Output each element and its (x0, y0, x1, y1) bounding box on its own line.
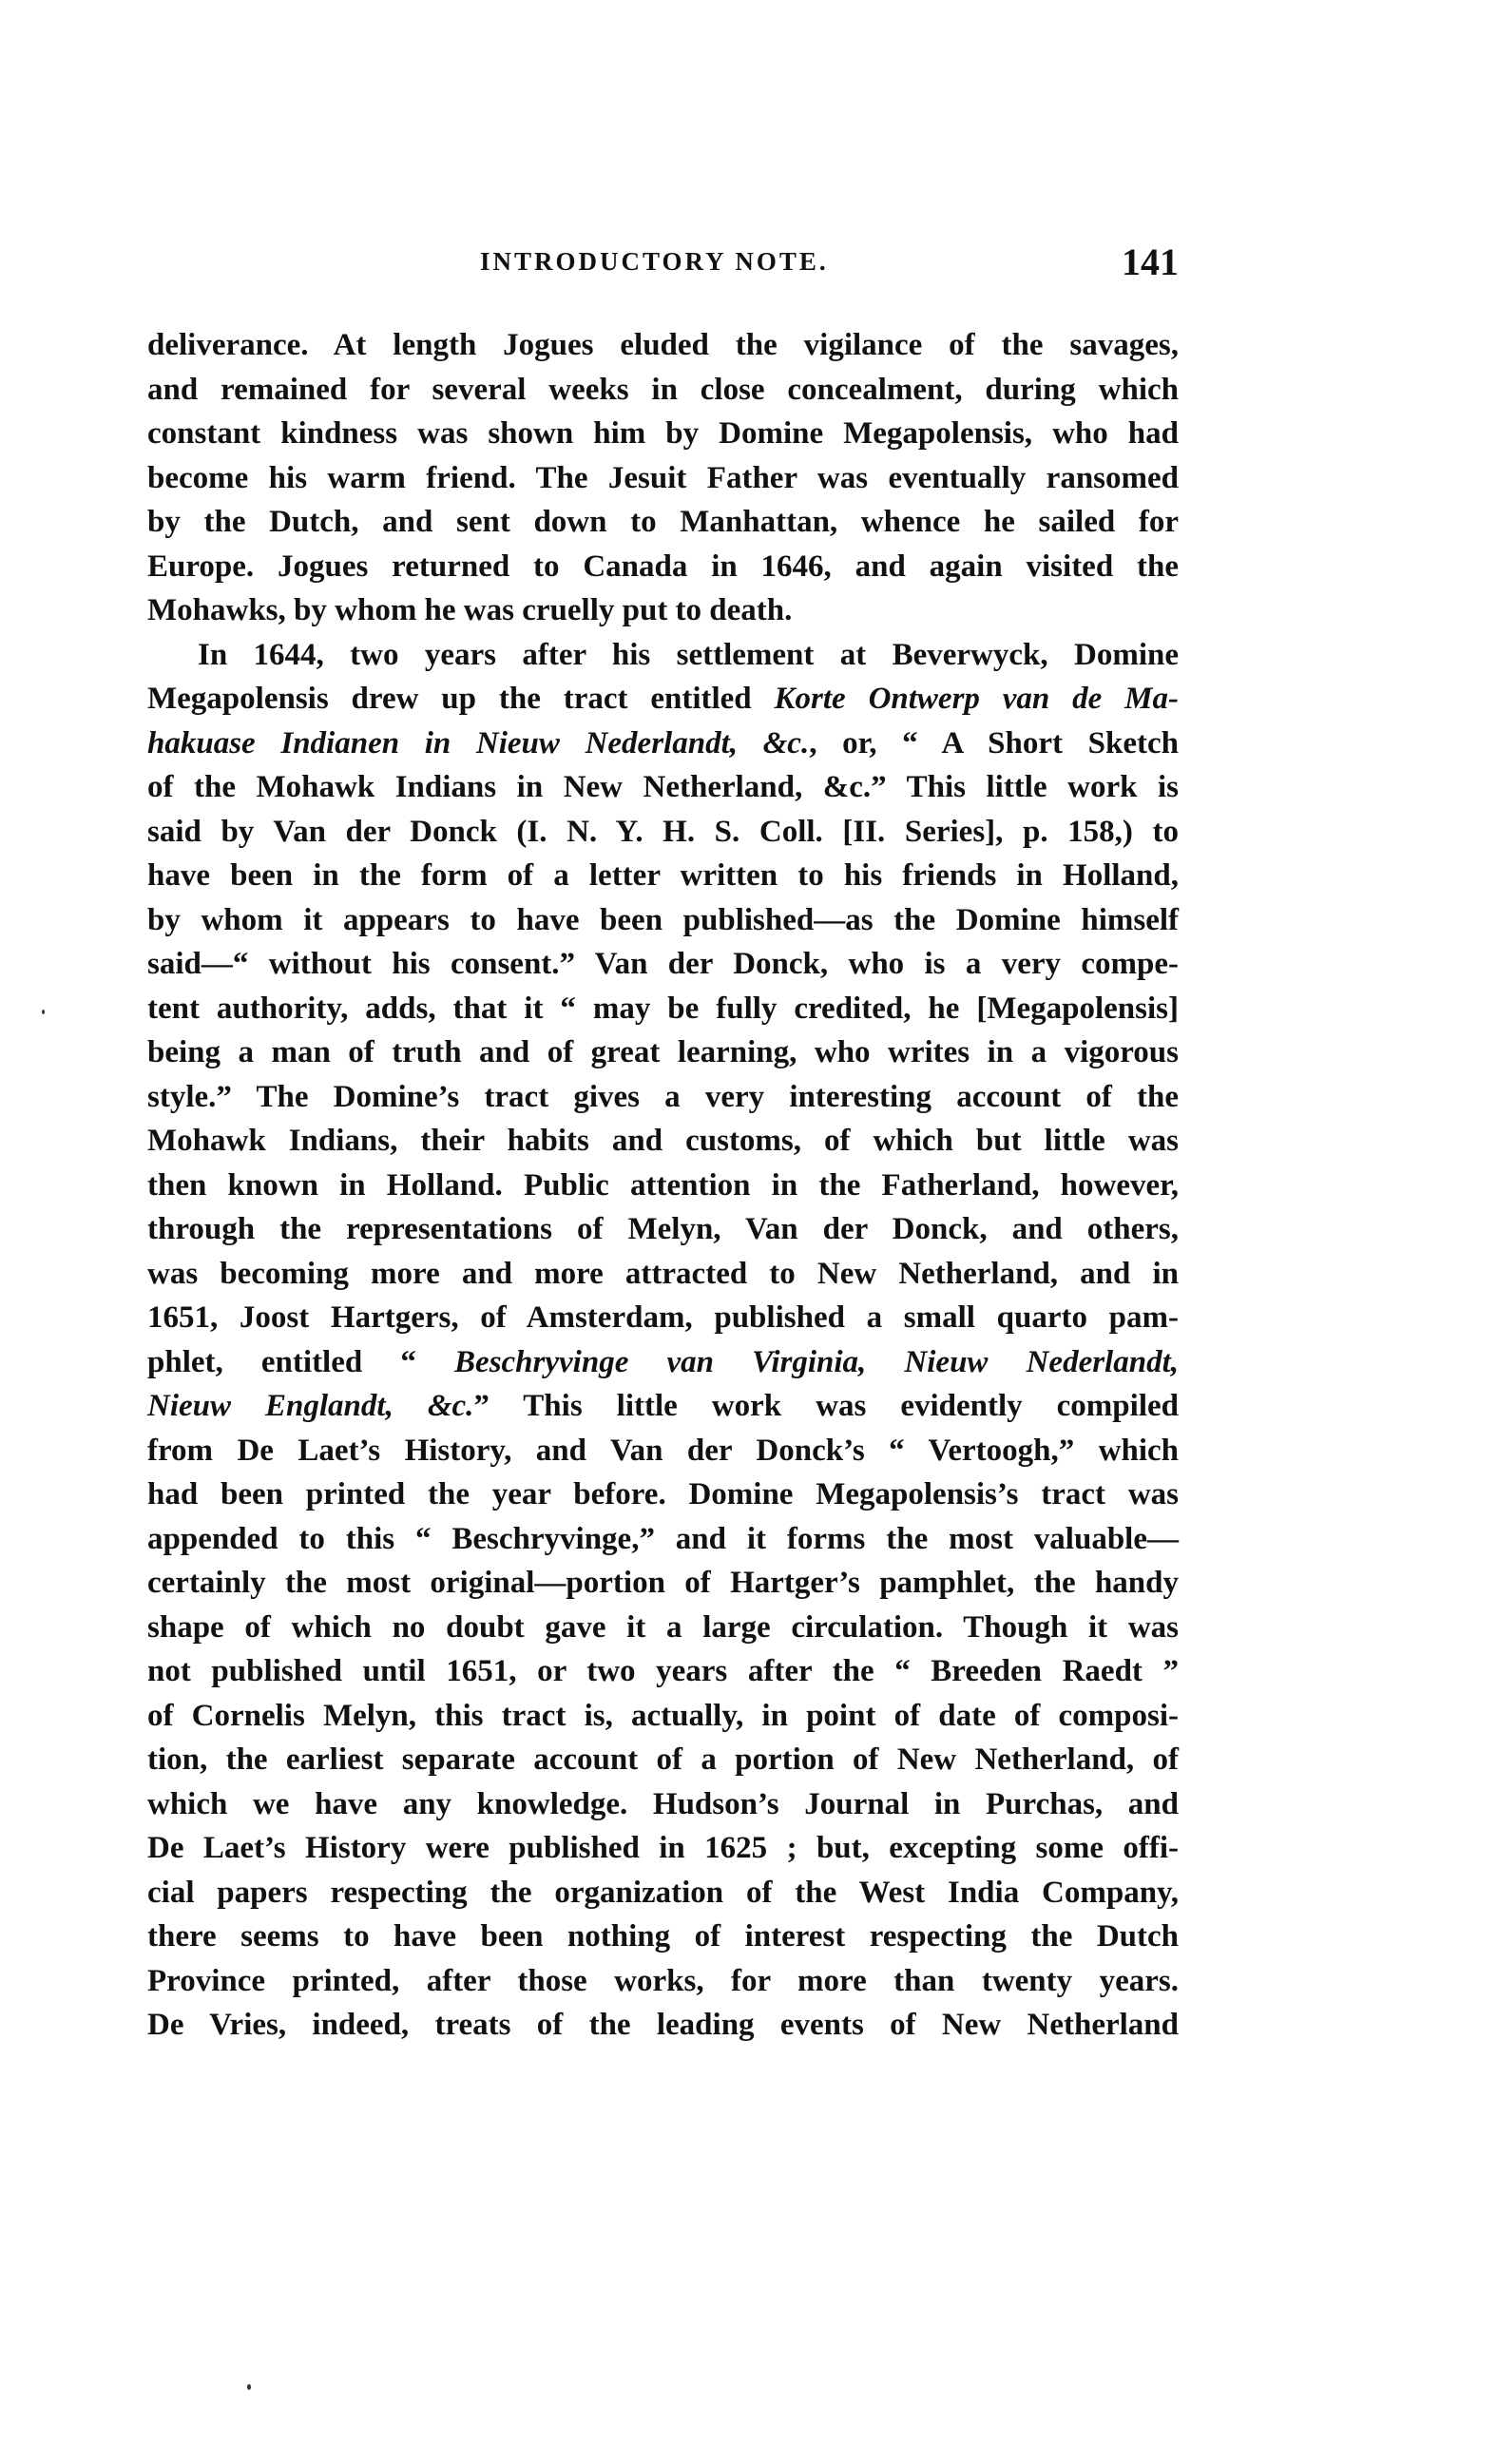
text-line: Nieuw Englandt, &c.” This little work wa… (147, 1384, 1179, 1429)
text-line: through the representations of Melyn, Va… (147, 1207, 1179, 1252)
italic-title: Beschryvinge van Virginia, Nieuw Nederla… (454, 1345, 1179, 1379)
paragraph-start-line: In 1644, two years after his settlement … (147, 633, 1179, 678)
text-line: shape of which no doubt gave it a large … (147, 1606, 1179, 1650)
text-line: become his warm friend. The Jesuit Fathe… (147, 456, 1179, 501)
text-line: Megapolensis drew up the tract entitled … (147, 677, 1179, 722)
text-line: and remained for several weeks in close … (147, 368, 1179, 413)
text-line: Province printed, after those works, for… (147, 1959, 1179, 2004)
text-segment: Megapolensis drew up the tract entitled (147, 682, 775, 716)
text-line: hakuase Indianen in Nieuw Nederlandt, &c… (147, 722, 1179, 766)
text-line: have been in the form of a letter writte… (147, 854, 1179, 898)
text-line: cial papers respecting the organization … (147, 1871, 1179, 1915)
text-line: there seems to have been nothing of inte… (147, 1915, 1179, 1959)
text-line: Mohawk Indians, their habits and customs… (147, 1119, 1179, 1164)
text-line: certainly the most original—portion of H… (147, 1561, 1179, 1606)
bottom-speck (247, 2384, 251, 2390)
paragraph-end-line: Mohawks, by whom he was cruelly put to d… (147, 588, 1179, 633)
italic-title: hakuase Indianen in Nieuw Nederlandt, &c… (147, 726, 809, 760)
margin-speck (42, 1010, 45, 1014)
text-line: then known in Holland. Public attention … (147, 1164, 1179, 1208)
text-line: 1651, Joost Hartgers, of Amsterdam, publ… (147, 1296, 1179, 1340)
text-line: phlet, entitled “ Beschryvinge van Virgi… (147, 1340, 1179, 1385)
text-line: deliverance. At length Jogues eluded the… (147, 323, 1179, 368)
text-line: said by Van der Donck (I. N. Y. H. S. Co… (147, 810, 1179, 855)
text-segment: , or, “ A Short Sketch (809, 726, 1179, 760)
text-line: tent authority, adds, that it “ may be f… (147, 987, 1179, 1031)
italic-title: Korte Ontwerp van de Ma- (775, 682, 1179, 716)
text-line: was becoming more and more attracted to … (147, 1252, 1179, 1297)
text-line: said—“ without his consent.” Van der Don… (147, 942, 1179, 987)
text-line: not published until 1651, or two years a… (147, 1649, 1179, 1694)
text-line: De Vries, indeed, treats of the leading … (147, 2003, 1179, 2048)
text-segment: phlet, entitled “ (147, 1345, 454, 1379)
text-segment: ” This little work was evidently compile… (473, 1389, 1179, 1423)
text-line: style.” The Domine’s tract gives a very … (147, 1075, 1179, 1120)
text-line: by the Dutch, and sent down to Manhattan… (147, 500, 1179, 545)
running-head: INTRODUCTORY NOTE. 141 (143, 240, 1179, 287)
text-line: of Cornelis Melyn, this tract is, actual… (147, 1694, 1179, 1739)
text-line: from De Laet’s History, and Van der Donc… (147, 1429, 1179, 1473)
text-line: tion, the earliest separate account of a… (147, 1738, 1179, 1782)
italic-title: Nieuw Englandt, &c. (147, 1389, 473, 1423)
body-text: deliverance. At length Jogues eluded the… (147, 323, 1179, 2048)
text-line: which we have any knowledge. Hudson’s Jo… (147, 1782, 1179, 1827)
text-line: had been printed the year before. Domine… (147, 1473, 1179, 1517)
text-line: constant kindness was shown him by Domin… (147, 412, 1179, 456)
text-line: by whom it appears to have been publishe… (147, 898, 1179, 943)
text-line: Europe. Jogues returned to Canada in 164… (147, 545, 1179, 589)
text-line: appended to this “ Beschryvinge,” and it… (147, 1517, 1179, 1562)
book-page: INTRODUCTORY NOTE. 141 deliverance. At l… (0, 0, 1498, 2464)
page-number: 141 (1122, 240, 1179, 284)
text-line: being a man of truth and of great learni… (147, 1030, 1179, 1075)
running-title: INTRODUCTORY NOTE. (480, 247, 829, 277)
text-line: of the Mohawk Indians in New Netherland,… (147, 765, 1179, 810)
text-line: De Laet’s History were published in 1625… (147, 1826, 1179, 1871)
